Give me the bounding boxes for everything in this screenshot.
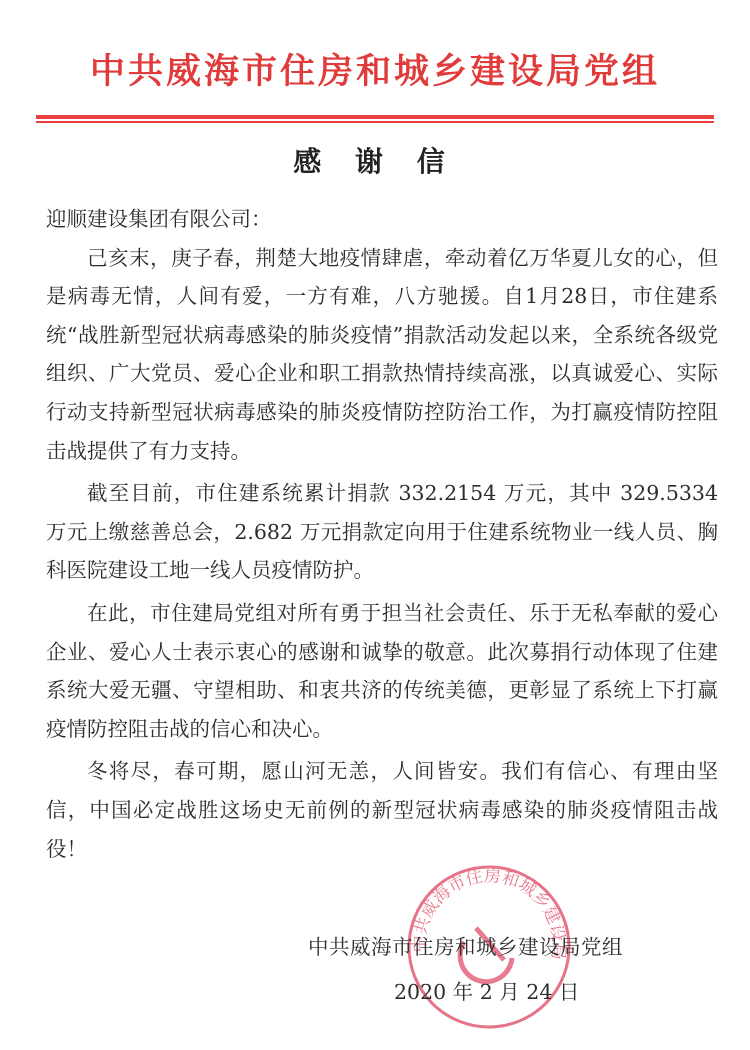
paragraph: 冬将尽，春可期，愿山河无恙，人间皆安。我们有信心、有理由坚信，中国必定战胜这场史… [46,752,718,868]
header-rule-thin [36,121,714,123]
letter-body: 迎顺建设集团有限公司： 己亥末，庚子春，荆楚大地疫情肆虐，牵动着亿万华夏儿女的心… [46,200,718,872]
header-rule-thick [36,115,714,119]
paragraph: 在此，市住建局党组对所有勇于担当社会责任、乐于无私奉献的爱心企业、爱心人士表示衷… [46,594,718,748]
paragraph: 截至目前，市住建系统累计捐款 332.2154 万元，其中 329.5334 万… [46,474,718,590]
org-header: 中共威海市住房和城乡建设局党组 [0,44,750,94]
letter-title: 感 谢 信 [0,140,750,180]
letter-date: 2020 年 2 月 24 日 [394,975,579,1005]
signature: 中共威海市住房和城乡建设局党组 [308,930,623,960]
paragraph: 己亥末，庚子春，荆楚大地疫情肆虐，牵动着亿万华夏儿女的心，但是病毒无情，人间有爱… [46,239,718,471]
salutation: 迎顺建设集团有限公司： [46,200,718,239]
